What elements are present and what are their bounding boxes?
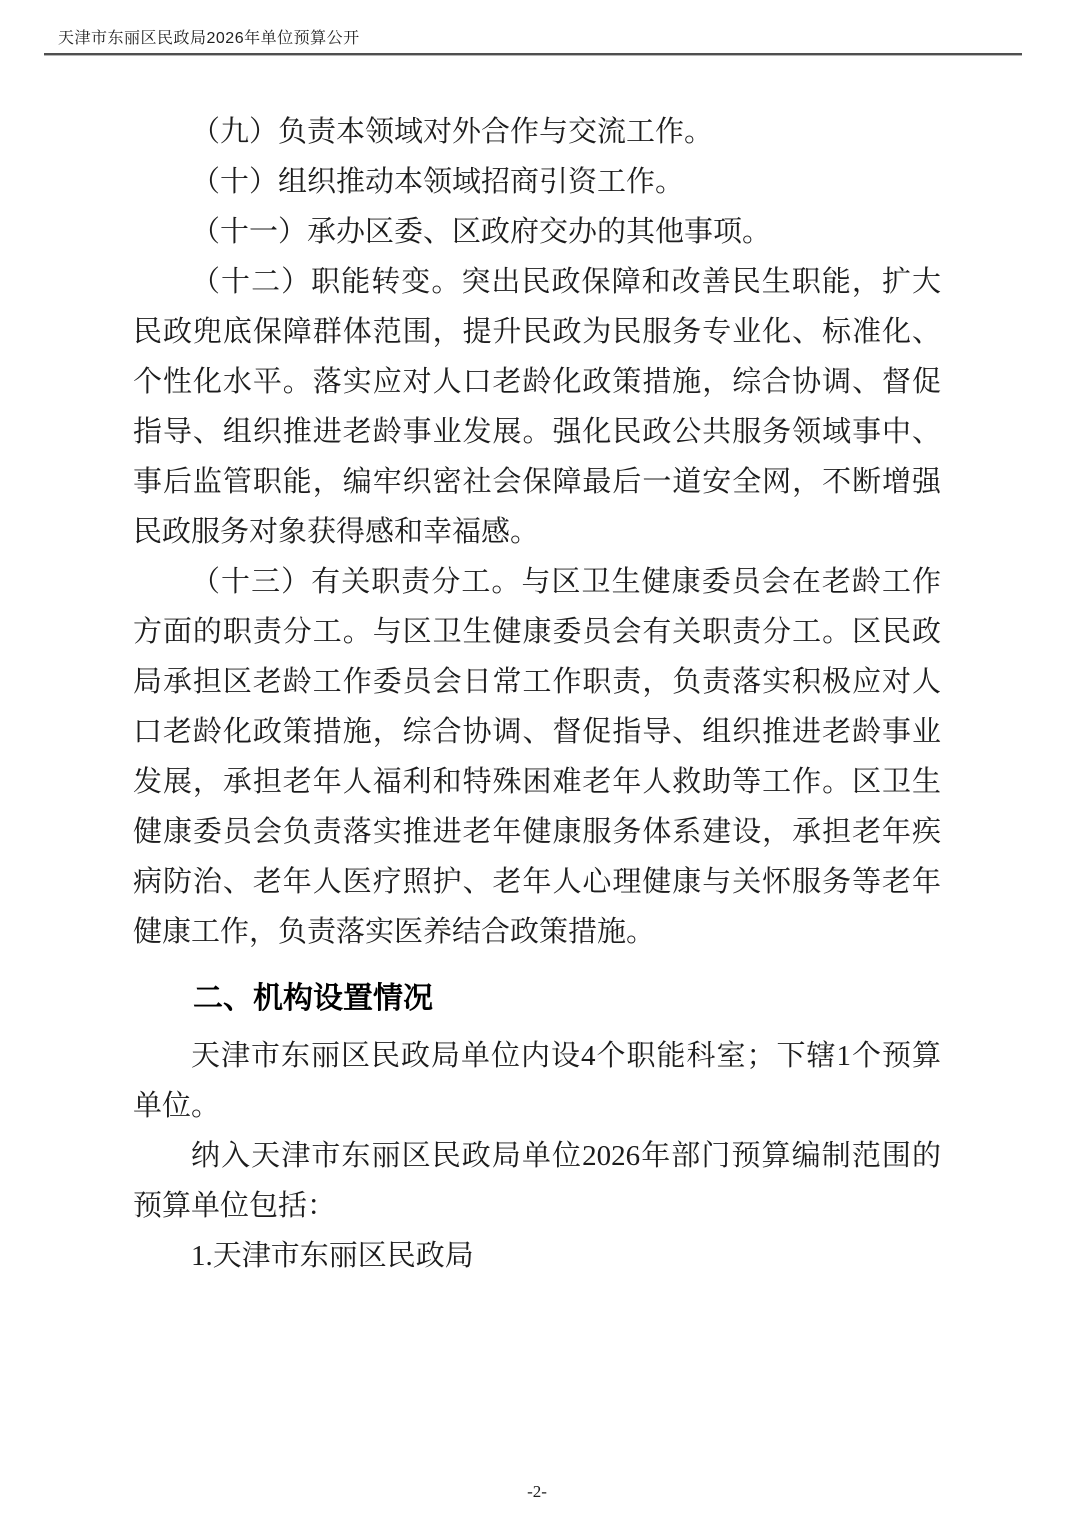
body-paragraph-duty-11: （十一）承办区委、区政府交办的其他事项。 [133, 207, 941, 257]
header-divider-line [44, 53, 1022, 56]
body-paragraph-duty-13: （十三）有关职责分工。与区卫生健康委员会在老龄工作方面的职责分工。与区卫生健康委… [133, 557, 941, 957]
body-paragraph-org-overview: 天津市东丽区民政局单位内设4个职能科室；下辖1个预算单位。 [133, 1031, 941, 1131]
page-number: -2- [0, 1482, 1074, 1502]
document-page: 天津市东丽区民政局2026年单位预算公开 （九）负责本领域对外合作与交流工作。 … [0, 0, 1074, 1520]
body-paragraph-budget-scope: 纳入天津市东丽区民政局单位2026年部门预算编制范围的预算单位包括： [133, 1131, 941, 1231]
body-paragraph-duty-10: （十）组织推动本领域招商引资工作。 [133, 157, 941, 207]
page-header-title: 天津市东丽区民政局2026年单位预算公开 [58, 30, 360, 48]
section-heading-org-setup: 二、机构设置情况 [133, 974, 941, 1024]
body-paragraph-duty-12: （十二）职能转变。突出民政保障和改善民生职能，扩大民政兜底保障群体范围，提升民政… [133, 257, 941, 557]
body-paragraph-duty-9: （九）负责本领域对外合作与交流工作。 [133, 107, 941, 157]
body-paragraph-unit-list-item-1: 1.天津市东丽区民政局 [133, 1231, 941, 1281]
document-body: （九）负责本领域对外合作与交流工作。 （十）组织推动本领域招商引资工作。 （十一… [133, 107, 941, 1281]
